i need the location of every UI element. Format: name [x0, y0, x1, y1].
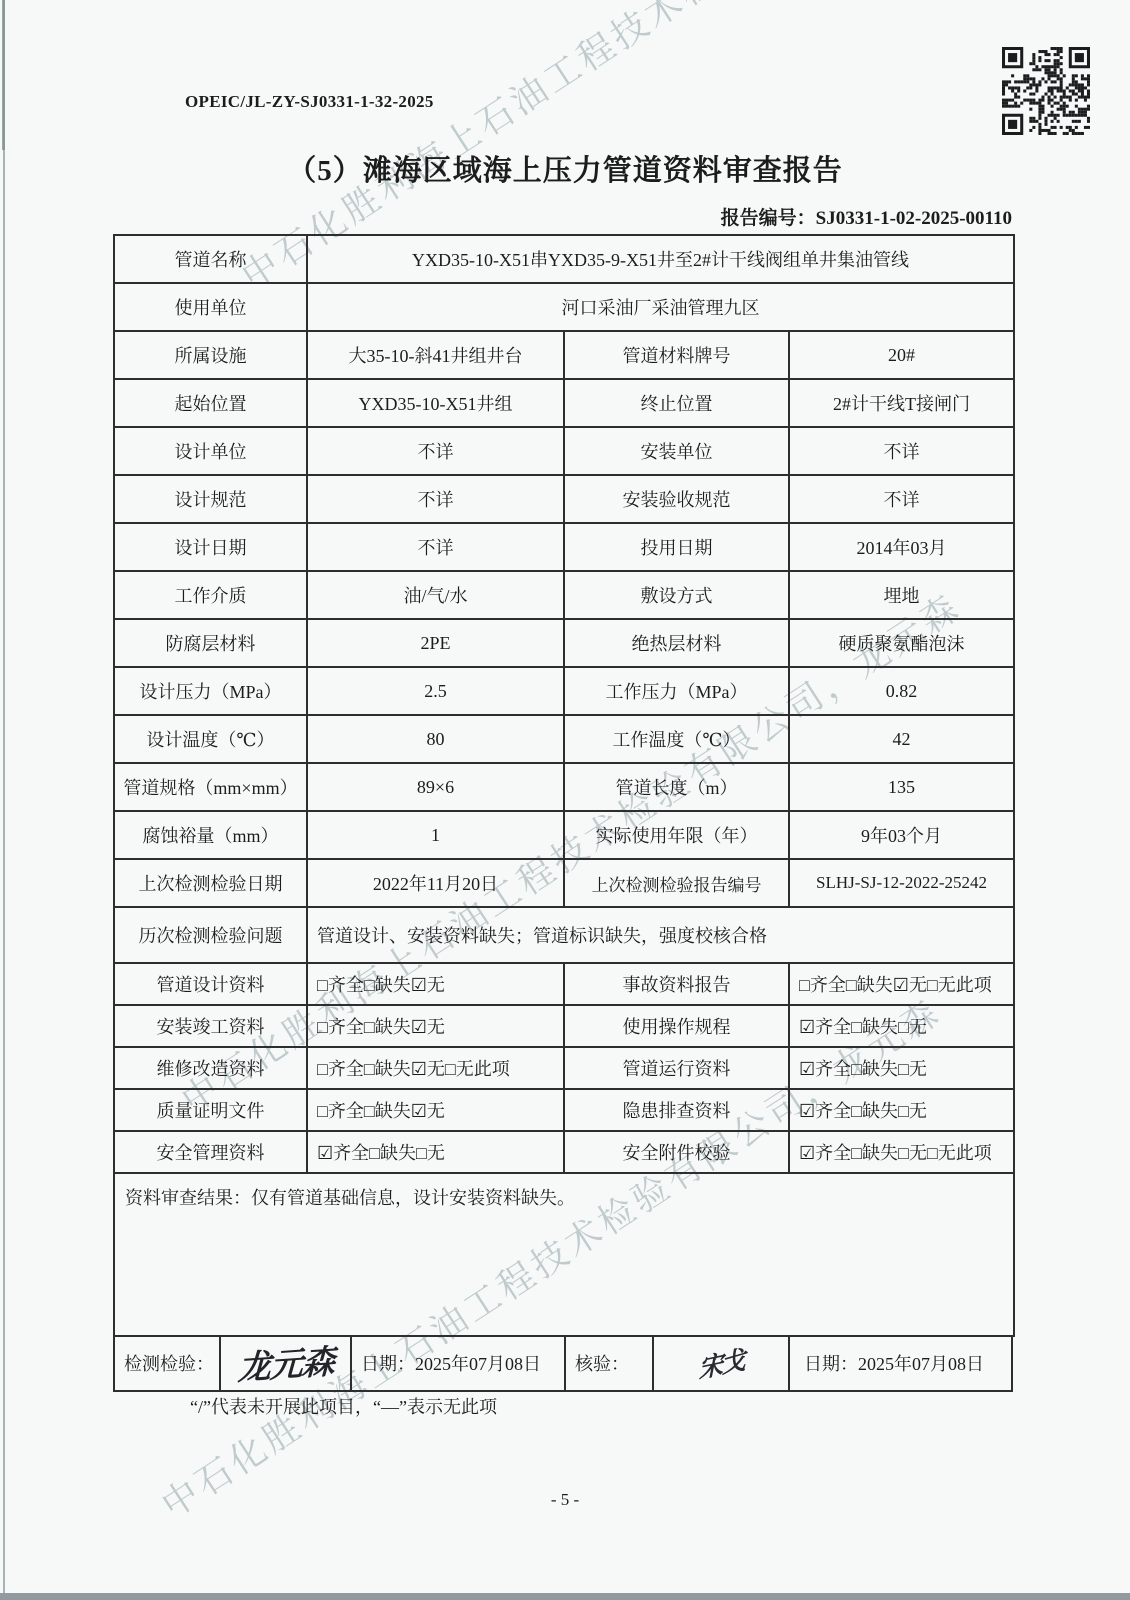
table-row-size-length: 管道规格（mm×mm） 89×6 管道长度（m） 135: [114, 763, 1014, 811]
row-label: 设计温度（℃）: [114, 715, 307, 763]
row-value: 不详: [789, 475, 1014, 523]
row-label: 质量证明文件: [114, 1089, 307, 1131]
handwritten-signature: 宋戈: [698, 1339, 744, 1385]
document-code: OPEIC/JL-ZY-SJ0331-1-32-2025: [185, 92, 434, 112]
checkbox-group: □齐全□缺失☑无: [307, 1005, 564, 1047]
qr-code-icon: [1002, 47, 1090, 135]
row-label: 隐患排查资料: [564, 1089, 789, 1131]
row-value: 0.82: [789, 667, 1014, 715]
table-row-design-unit: 设计单位 不详 安装单位 不详: [114, 427, 1014, 475]
row-value: 埋地: [789, 571, 1014, 619]
table-row-review-result: 资料审查结果：仅有管道基础信息，设计安装资料缺失。: [114, 1173, 1014, 1336]
table-row-pressure: 设计压力（MPa） 2.5 工作压力（MPa） 0.82: [114, 667, 1014, 715]
handwritten-signature: 龙元森: [237, 1336, 334, 1390]
row-label: 安装单位: [564, 427, 789, 475]
row-value: YXD35-10-X51串YXD35-9-X51井至2#计干线阀组单井集油管线: [307, 235, 1014, 283]
row-label: 管道长度（m）: [564, 763, 789, 811]
row-label: 安全附件校验: [564, 1131, 789, 1173]
row-label: 管道名称: [114, 235, 307, 283]
row-label: 设计压力（MPa）: [114, 667, 307, 715]
table-row-design-docs: 管道设计资料 □齐全□缺失☑无 事故资料报告 □齐全□缺失☑无□无此项: [114, 963, 1014, 1005]
row-value: 2#计干线T接闸门: [789, 379, 1014, 427]
checkbox-group: □齐全□缺失☑无: [307, 1089, 564, 1131]
row-value: 89×6: [307, 763, 564, 811]
checkbox-group: ☑齐全□缺失□无: [789, 1047, 1014, 1089]
row-value: 2014年03月: [789, 523, 1014, 571]
row-label: 管道设计资料: [114, 963, 307, 1005]
row-label: 管道规格（mm×mm）: [114, 763, 307, 811]
row-value: 大35-10-斜41井组井台: [307, 331, 564, 379]
inspection-date: 日期：2025年07月08日: [352, 1335, 566, 1390]
report-number-value: SJ0331-1-02-2025-00110: [816, 208, 1012, 229]
row-label: 设计规范: [114, 475, 307, 523]
inspector-label: 检测检验：: [115, 1335, 221, 1390]
table-row-past-issues: 历次检测检验问题 管道设计、安装资料缺失；管道标识缺失，强度校核合格: [114, 907, 1014, 963]
row-label: 维修改造资料: [114, 1047, 307, 1089]
row-label: 敷设方式: [564, 571, 789, 619]
row-value: YXD35-10-X51井组: [307, 379, 564, 427]
row-value: 硬质聚氨酯泡沫: [789, 619, 1014, 667]
row-value: 不详: [307, 523, 564, 571]
row-label: 设计单位: [114, 427, 307, 475]
row-value: 管道设计、安装资料缺失；管道标识缺失，强度校核合格: [307, 907, 1014, 963]
row-label: 管道运行资料: [564, 1047, 789, 1089]
checkbox-group: ☑齐全□缺失□无: [789, 1005, 1014, 1047]
row-label: 使用操作规程: [564, 1005, 789, 1047]
page-number: - 5 -: [0, 1490, 1130, 1510]
row-value: 135: [789, 763, 1014, 811]
table-row-quality-docs: 质量证明文件 □齐全□缺失☑无 隐患排查资料 ☑齐全□缺失□无: [114, 1089, 1014, 1131]
legend-footnote: “/”代表未开展此项目，“—”表示无此项: [190, 1393, 497, 1419]
row-value: 20#: [789, 331, 1014, 379]
verifier-signature: 宋戈: [654, 1335, 790, 1390]
row-value: 油/气/水: [307, 571, 564, 619]
row-label: 管道材料牌号: [564, 331, 789, 379]
row-label: 绝热层材料: [564, 619, 789, 667]
verification-date: 日期：2025年07月08日: [790, 1335, 1011, 1390]
row-label: 起始位置: [114, 379, 307, 427]
row-label: 投用日期: [564, 523, 789, 571]
row-value: 9年03个月: [789, 811, 1014, 859]
scan-edge-line-dark: [2, 0, 5, 150]
table-row-temperature: 设计温度（℃） 80 工作温度（℃） 42: [114, 715, 1014, 763]
table-row-corrosion-years: 腐蚀裕量（mm） 1 实际使用年限（年） 9年03个月: [114, 811, 1014, 859]
row-value: 2.5: [307, 667, 564, 715]
table-row-start-end: 起始位置 YXD35-10-X51井组 终止位置 2#计干线T接闸门: [114, 379, 1014, 427]
checkbox-group: □齐全□缺失☑无□无此项: [307, 1047, 564, 1089]
date-value: 2025年07月08日: [858, 1350, 984, 1376]
verifier-label: 核验：: [566, 1335, 654, 1390]
table-row-safety-docs: 安全管理资料 ☑齐全□缺失□无 安全附件校验 ☑齐全□缺失□无□无此项: [114, 1131, 1014, 1173]
row-label: 安装竣工资料: [114, 1005, 307, 1047]
date-label: 日期：: [361, 1350, 415, 1376]
row-label: 工作介质: [114, 571, 307, 619]
scan-edge-line: [3, 0, 5, 1600]
scan-bottom-band: [0, 1593, 1130, 1600]
table-row-medium: 工作介质 油/气/水 敷设方式 埋地: [114, 571, 1014, 619]
checkbox-group: ☑齐全□缺失□无: [789, 1089, 1014, 1131]
checkbox-group: □齐全□缺失☑无□无此项: [789, 963, 1014, 1005]
row-value: 不详: [789, 427, 1014, 475]
row-label: 实际使用年限（年）: [564, 811, 789, 859]
row-value: 不详: [307, 427, 564, 475]
table-row-design-date: 设计日期 不详 投用日期 2014年03月: [114, 523, 1014, 571]
table-row-design-spec: 设计规范 不详 安装验收规范 不详: [114, 475, 1014, 523]
review-result-text: 资料审查结果：仅有管道基础信息，设计安装资料缺失。: [114, 1173, 1014, 1336]
row-label: 所属设施: [114, 331, 307, 379]
row-value: 2PE: [307, 619, 564, 667]
inspector-signature: 龙元森: [221, 1335, 352, 1390]
row-label: 事故资料报告: [564, 963, 789, 1005]
row-value: 河口采油厂采油管理九区: [307, 283, 1014, 331]
table-row-facility: 所属设施 大35-10-斜41井组井台 管道材料牌号 20#: [114, 331, 1014, 379]
row-label: 上次检测检验日期: [114, 859, 307, 907]
row-label: 工作温度（℃）: [564, 715, 789, 763]
checkbox-group: □齐全□缺失☑无: [307, 963, 564, 1005]
row-value: 不详: [307, 475, 564, 523]
report-number: 报告编号：SJ0331-1-02-2025-00110: [721, 203, 1012, 230]
table-row-last-inspection: 上次检测检验日期 2022年11月20日 上次检测检验报告编号 SLHJ-SJ-…: [114, 859, 1014, 907]
row-value: 80: [307, 715, 564, 763]
page-title: （5）滩海区域海上压力管道资料审查报告: [0, 148, 1130, 189]
checkbox-group: ☑齐全□缺失□无□无此项: [789, 1131, 1014, 1173]
row-label: 工作压力（MPa）: [564, 667, 789, 715]
row-label: 历次检测检验问题: [114, 907, 307, 963]
row-label: 腐蚀裕量（mm）: [114, 811, 307, 859]
signature-row: 检测检验： 龙元森 日期：2025年07月08日 核验： 宋戈 日期：2025年…: [113, 1335, 1013, 1392]
checkbox-group: ☑齐全□缺失□无: [307, 1131, 564, 1173]
table-row-completion-docs: 安装竣工资料 □齐全□缺失☑无 使用操作规程 ☑齐全□缺失□无: [114, 1005, 1014, 1047]
scanned-report-page: { "header": { "doc_code": "OPEIC/JL-ZY-S…: [0, 0, 1130, 1600]
row-label: 终止位置: [564, 379, 789, 427]
pipeline-review-table: 管道名称 YXD35-10-X51串YXD35-9-X51井至2#计干线阀组单井…: [113, 234, 1015, 1337]
row-value: 1: [307, 811, 564, 859]
table-row-user-unit: 使用单位 河口采油厂采油管理九区: [114, 283, 1014, 331]
row-value: 2022年11月20日: [307, 859, 564, 907]
table-row-pipeline-name: 管道名称 YXD35-10-X51串YXD35-9-X51井至2#计干线阀组单井…: [114, 235, 1014, 283]
row-label: 防腐层材料: [114, 619, 307, 667]
date-label: 日期：: [804, 1350, 858, 1376]
row-label: 安装验收规范: [564, 475, 789, 523]
table-row-repair-docs: 维修改造资料 □齐全□缺失☑无□无此项 管道运行资料 ☑齐全□缺失□无: [114, 1047, 1014, 1089]
row-value: 42: [789, 715, 1014, 763]
report-number-label: 报告编号：: [721, 208, 816, 229]
row-label: 安全管理资料: [114, 1131, 307, 1173]
row-label: 设计日期: [114, 523, 307, 571]
date-value: 2025年07月08日: [415, 1350, 541, 1376]
table-row-coating: 防腐层材料 2PE 绝热层材料 硬质聚氨酯泡沫: [114, 619, 1014, 667]
row-value: SLHJ-SJ-12-2022-25242: [789, 859, 1014, 907]
row-label: 上次检测检验报告编号: [564, 859, 789, 907]
row-label: 使用单位: [114, 283, 307, 331]
